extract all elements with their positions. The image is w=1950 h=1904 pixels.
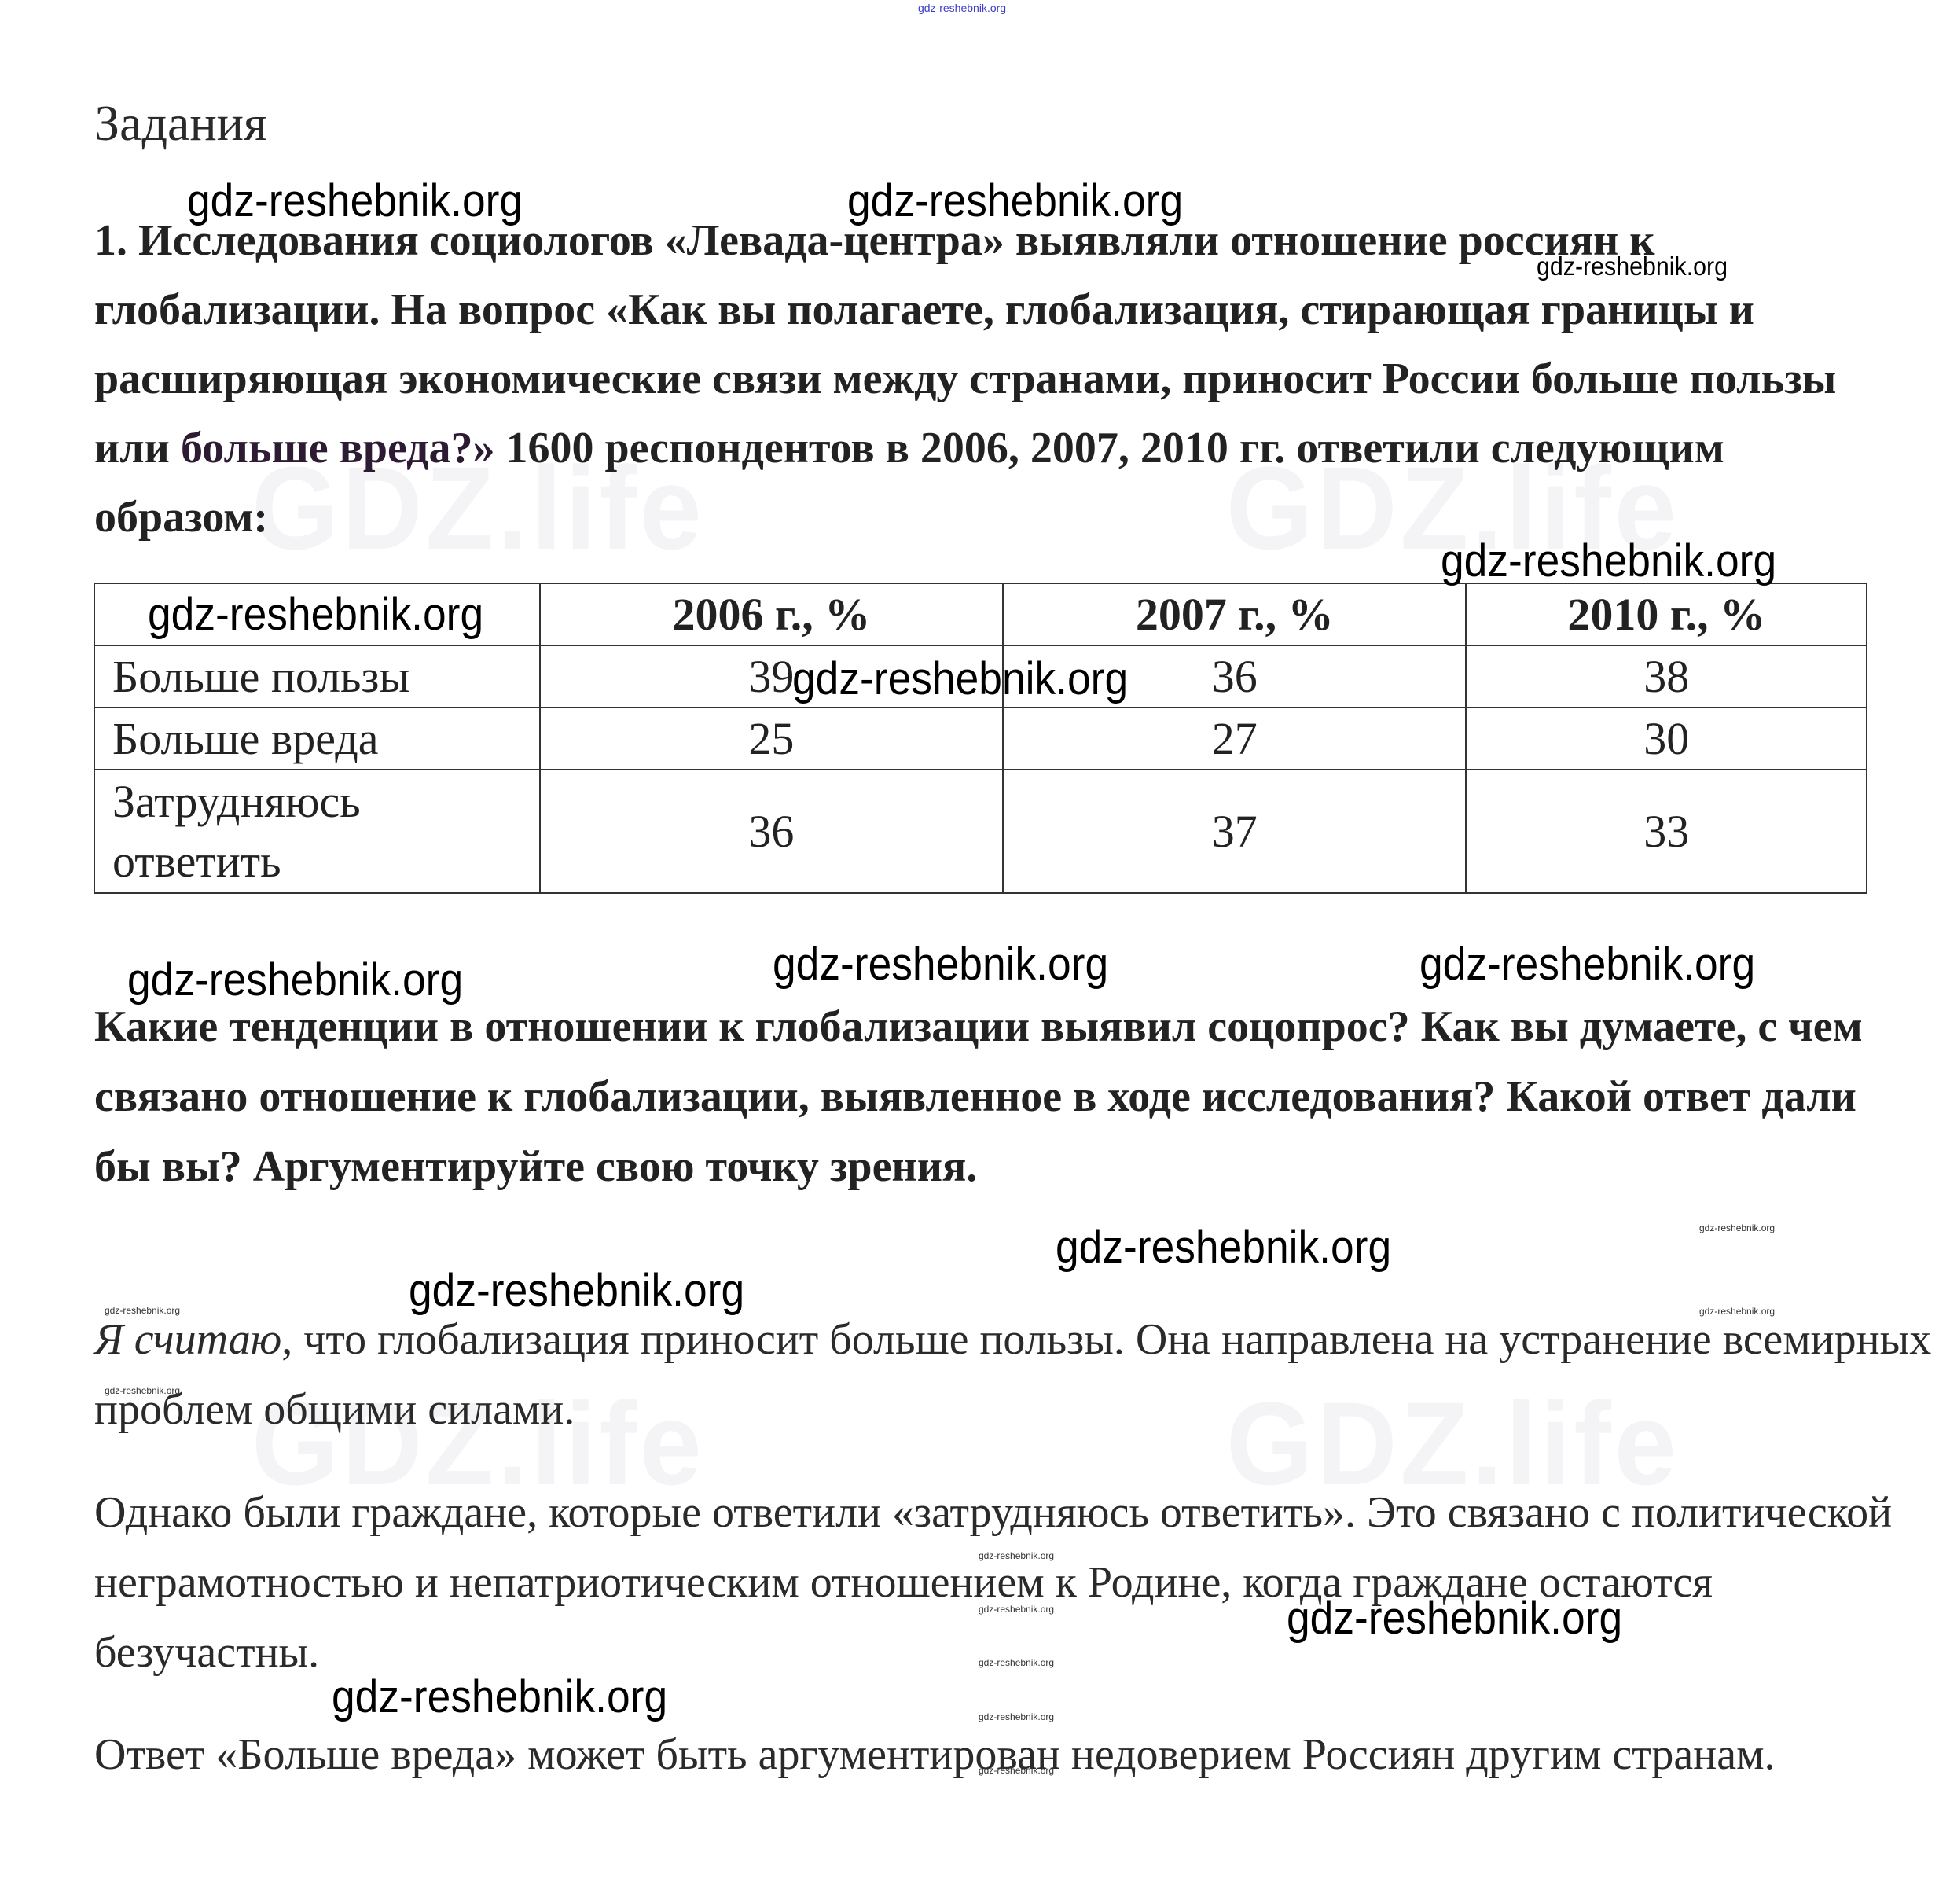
watermark-text: gdz-reshebnik.org	[1441, 535, 1776, 587]
watermark-text: gdz-reshebnik.org	[979, 1711, 1054, 1722]
table-cell: 36	[540, 770, 1003, 893]
answer-text: Ответ «Больше вреда» может быть аргумент…	[94, 1730, 1776, 1779]
task-number: 1.	[94, 216, 127, 265]
watermark-text: gdz-reshebnik.org	[127, 954, 463, 1006]
table-cell: 25	[540, 708, 1003, 770]
watermark-text: gdz-reshebnik.org	[979, 1657, 1054, 1668]
watermark-text: gdz-reshebnik.org	[1699, 1222, 1775, 1233]
watermark-text: gdz-reshebnik.org	[1056, 1221, 1391, 1274]
answer-text: Однако были граждане, которые ответили «…	[94, 1488, 1892, 1677]
watermark-text: gdz-reshebnik.org	[918, 2, 1006, 14]
watermark-text: gdz-reshebnik.org	[409, 1264, 744, 1317]
watermark-text: gdz-reshebnik.org	[979, 1550, 1054, 1561]
task-text-accent: больше вреда?»	[181, 424, 495, 472]
row-label: Затрудняюсь ответить	[94, 770, 540, 893]
table-header-cell: 2007 г., %	[1003, 583, 1466, 645]
watermark-text: gdz-reshebnik.org	[847, 175, 1183, 227]
watermark-text: gdz-reshebnik.org	[1419, 938, 1755, 991]
table-header-cell: 2006 г., %	[540, 583, 1003, 645]
table-cell: 30	[1466, 708, 1867, 770]
watermark-text: gdz-reshebnik.org	[187, 175, 523, 227]
discussion-question: Какие тенденции в отношении к глобализац…	[94, 992, 1902, 1202]
section-title: Задания	[94, 94, 266, 153]
watermark-text: gdz-reshebnik.org	[332, 1671, 667, 1723]
answer-paragraph: Однако были граждане, которые ответили «…	[94, 1478, 1933, 1688]
watermark-text: gdz-reshebnik.org	[148, 588, 483, 641]
answer-paragraph: Я считаю, что глобализация приносит боль…	[94, 1305, 1933, 1445]
table-cell: 38	[1466, 645, 1867, 708]
watermark-text: gdz-reshebnik.org	[105, 1385, 180, 1396]
table-header-cell: 2010 г., %	[1466, 583, 1867, 645]
watermark-text: gdz-reshebnik.org	[1537, 252, 1728, 281]
document-page: GDZ.life GDZ.life GDZ.life GDZ.life Зада…	[0, 0, 1950, 1904]
answer-paragraph: Ответ «Больше вреда» может быть аргумент…	[94, 1720, 1933, 1790]
watermark-text: gdz-reshebnik.org	[792, 652, 1128, 705]
answer-text: , что глобализация приносит больше польз…	[94, 1315, 1931, 1434]
watermark-text: gdz-reshebnik.org	[105, 1305, 180, 1316]
watermark-text: gdz-reshebnik.org	[979, 1604, 1054, 1615]
row-label: Больше вреда	[94, 708, 540, 770]
answer-italic-lead: Я считаю	[94, 1315, 281, 1364]
watermark-text: gdz-reshebnik.org	[1287, 1592, 1622, 1645]
watermark-text: gdz-reshebnik.org	[1699, 1306, 1775, 1317]
table-cell: 33	[1466, 770, 1867, 893]
watermark-text: gdz-reshebnik.org	[773, 938, 1108, 991]
table-cell: 27	[1003, 708, 1466, 770]
watermark-text: gdz-reshebnik.org	[979, 1765, 1054, 1776]
table-cell: 37	[1003, 770, 1466, 893]
table-row: Затрудняюсь ответить 36 37 33	[94, 770, 1867, 893]
row-label: Больше пользы	[94, 645, 540, 708]
table-row: Больше вреда 25 27 30	[94, 708, 1867, 770]
